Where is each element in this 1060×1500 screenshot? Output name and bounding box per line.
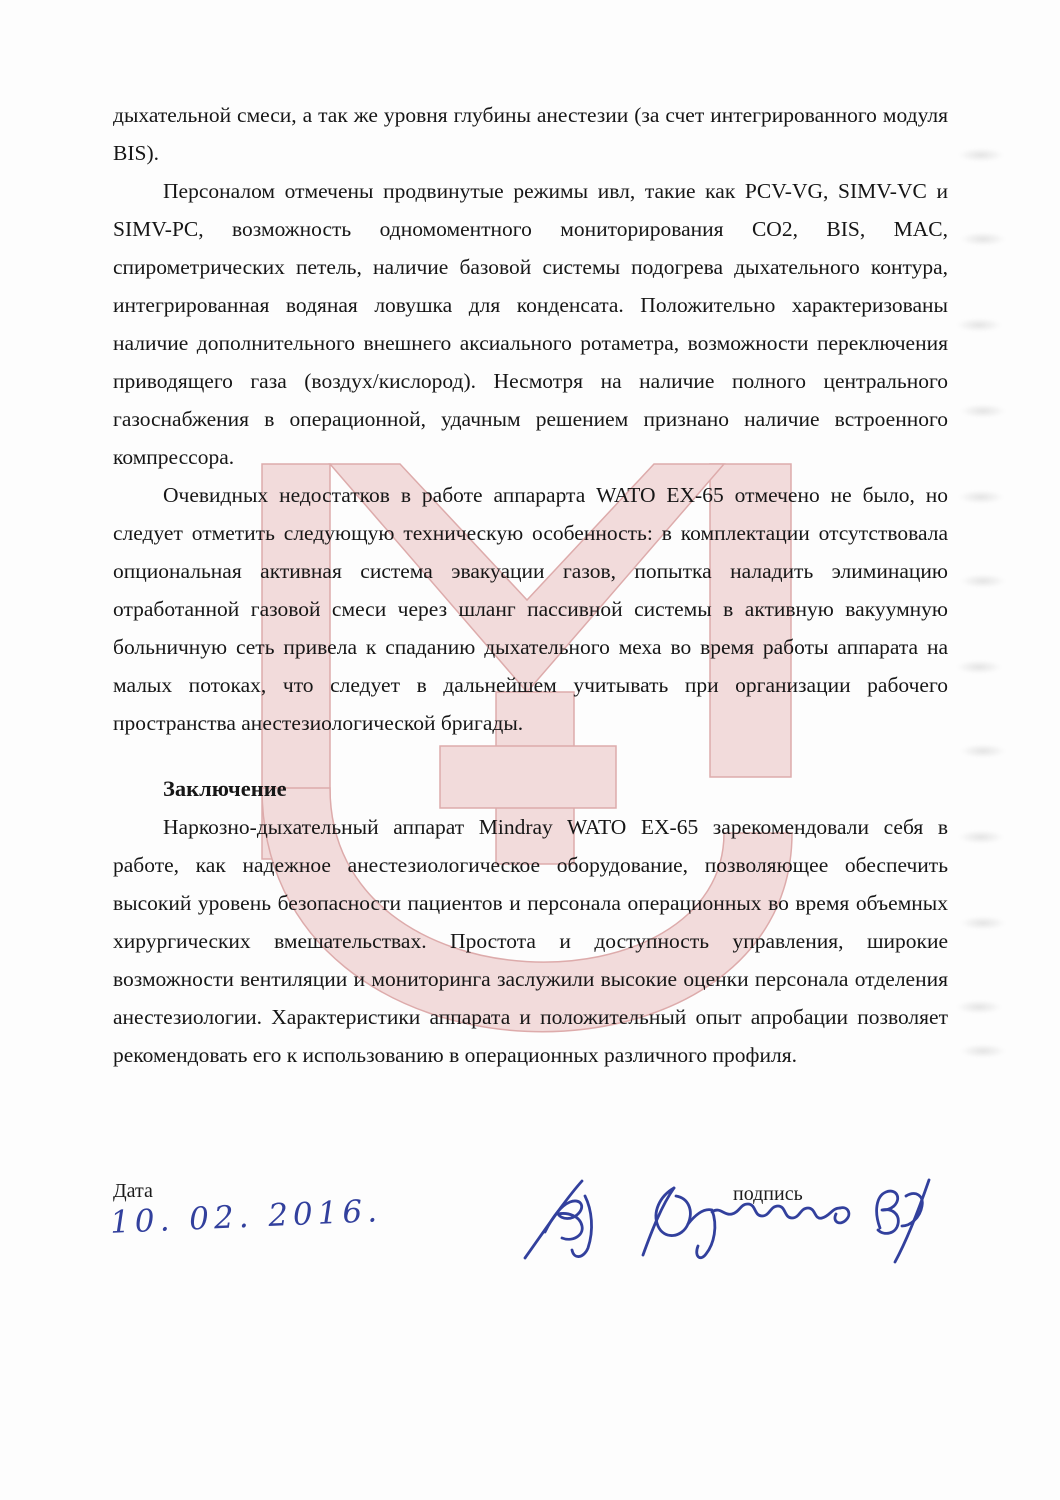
handwritten-signature (0, 0, 1060, 1500)
signature-ink (525, 1180, 929, 1262)
scanned-document-page: дыхательной смеси, а так же уровня глуби… (0, 0, 1060, 1500)
